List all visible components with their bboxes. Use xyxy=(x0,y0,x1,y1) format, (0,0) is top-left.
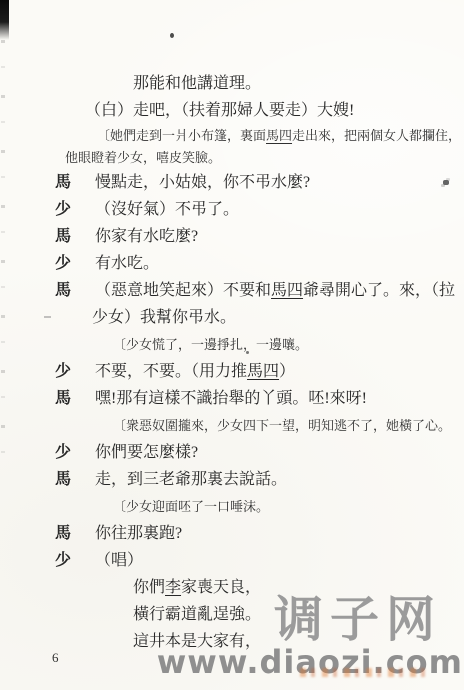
line-text: 走，到三老爺那裏去說話。 xyxy=(95,471,287,488)
script-line-wrap: 少女）我幫你弔水。 xyxy=(0,304,464,331)
line-text: 嘿!那有這樣不識抬舉的丫頭。呸!來呀! xyxy=(95,390,367,407)
speaker-label: 少 xyxy=(55,358,95,385)
line-text: （唱） xyxy=(95,552,143,569)
line-text: 不要，不要。（用力推馬四） xyxy=(95,363,295,380)
line-text: 〔少女慌了，一邊掙扎，一邊嚷。 xyxy=(0,337,308,352)
proper-noun-underline: 馬四 xyxy=(247,363,279,380)
script-line-stage-cont: 他眼瞪着少女，嘻皮笑臉。 xyxy=(0,147,464,169)
script-line-speech: 少你們要怎麼樣? xyxy=(0,439,464,466)
script-line-speech: 馬走，到三老爺那裏去說話。 xyxy=(0,466,464,493)
script-line-speech: 少（沒好氣）不弔了。 xyxy=(0,196,464,223)
line-text: 少女）我幫你弔水。 xyxy=(0,309,236,326)
script-line-speech: 馬你家有水吃麼? xyxy=(0,223,464,250)
line-text: 〔她們走到一爿小布篷，裏面馬四走出來，把兩個女人都攔住， xyxy=(0,128,461,143)
line-text: （沒好氣）不弔了。 xyxy=(95,201,239,218)
speaker-label: 馬 xyxy=(55,277,95,304)
script-line-speech: 少（唱） xyxy=(0,547,464,574)
line-text: 你們要怎麼樣? xyxy=(95,444,198,461)
proper-noun-underline: 李 xyxy=(165,579,181,596)
speaker-label: 少 xyxy=(55,547,95,574)
page-number: 6 xyxy=(52,650,60,666)
speaker-label: 馬 xyxy=(55,466,95,493)
scanned-script-page: 那能和他講道理。（白）走吧，（扶着那婦人要走）大嫂!〔她們走到一爿小布篷，裏面馬… xyxy=(0,0,464,690)
script-line-stage: 〔衆惡奴圍攏來，少女四下一望，明知逃不了，她橫了心。 xyxy=(0,412,464,439)
speaker-label: 馬 xyxy=(55,169,95,196)
line-text: 橫行霸道亂逞強。 xyxy=(0,606,261,623)
line-text: 〔衆惡奴圍攏來，少女四下一望，明知逃不了，她橫了心。 xyxy=(0,418,451,433)
speaker-label: 馬 xyxy=(55,385,95,412)
line-text: 那能和他講道理。 xyxy=(0,75,261,92)
line-text: 他眼瞪着少女，嘻皮笑臉。 xyxy=(0,150,221,165)
line-text: （白）走吧，（扶着那婦人要走）大嫂! xyxy=(0,102,354,119)
line-text: 你們李家喪天良， xyxy=(0,579,261,596)
line-text: 慢點走，小姑娘，你不弔水麼? xyxy=(95,174,310,191)
line-text: 〔少女迎面呸了一口唾沫。 xyxy=(0,499,269,514)
watermark-orange-artifact xyxy=(300,668,430,677)
script-line-stage: 〔少女慌了，一邊掙扎，一邊嚷。 xyxy=(0,331,464,358)
script-line-speech: 馬嘿!那有這樣不識抬舉的丫頭。呸!來呀! xyxy=(0,385,464,412)
script-line-dialogue: （白）走吧，（扶着那婦人要走）大嫂! xyxy=(0,97,464,124)
watermark-site-name: 调子网 xyxy=(274,594,442,646)
line-text: 你往那裏跑? xyxy=(95,525,182,542)
script-line-speech: 馬你往那裏跑? xyxy=(0,520,464,547)
script-line-speech: 馬（惡意地笑起來）不要和馬四爺尋開心了。來，（拉 xyxy=(0,277,464,304)
line-text: 你家有水吃麼? xyxy=(95,228,198,245)
line-text: （惡意地笑起來）不要和馬四爺尋開心了。來，（拉 xyxy=(95,282,455,299)
speaker-label: 少 xyxy=(55,439,95,466)
script-line-speech: 少不要，不要。（用力推馬四） xyxy=(0,358,464,385)
script-line-indent1: 那能和他講道理。 xyxy=(0,70,464,97)
proper-noun-underline: 馬四 xyxy=(271,282,303,299)
speaker-label: 少 xyxy=(55,250,95,277)
speaker-label: 馬 xyxy=(55,520,95,547)
speaker-label: 少 xyxy=(55,196,95,223)
script-line-speech: 少有水吃。 xyxy=(0,250,464,277)
speaker-label: 馬 xyxy=(55,223,95,250)
script-body: 那能和他講道理。（白）走吧，（扶着那婦人要走）大嫂!〔她們走到一爿小布篷，裏面馬… xyxy=(0,0,464,655)
script-line-speech: 馬慢點走，小姑娘，你不弔水麼? xyxy=(0,169,464,196)
script-line-stage: 〔少女迎面呸了一口唾沫。 xyxy=(0,493,464,520)
line-text: 有水吃。 xyxy=(95,255,159,272)
proper-noun-underline: 馬四 xyxy=(266,128,292,143)
script-line-stage-open: 〔她們走到一爿小布篷，裏面馬四走出來，把兩個女人都攔住， xyxy=(0,124,464,147)
